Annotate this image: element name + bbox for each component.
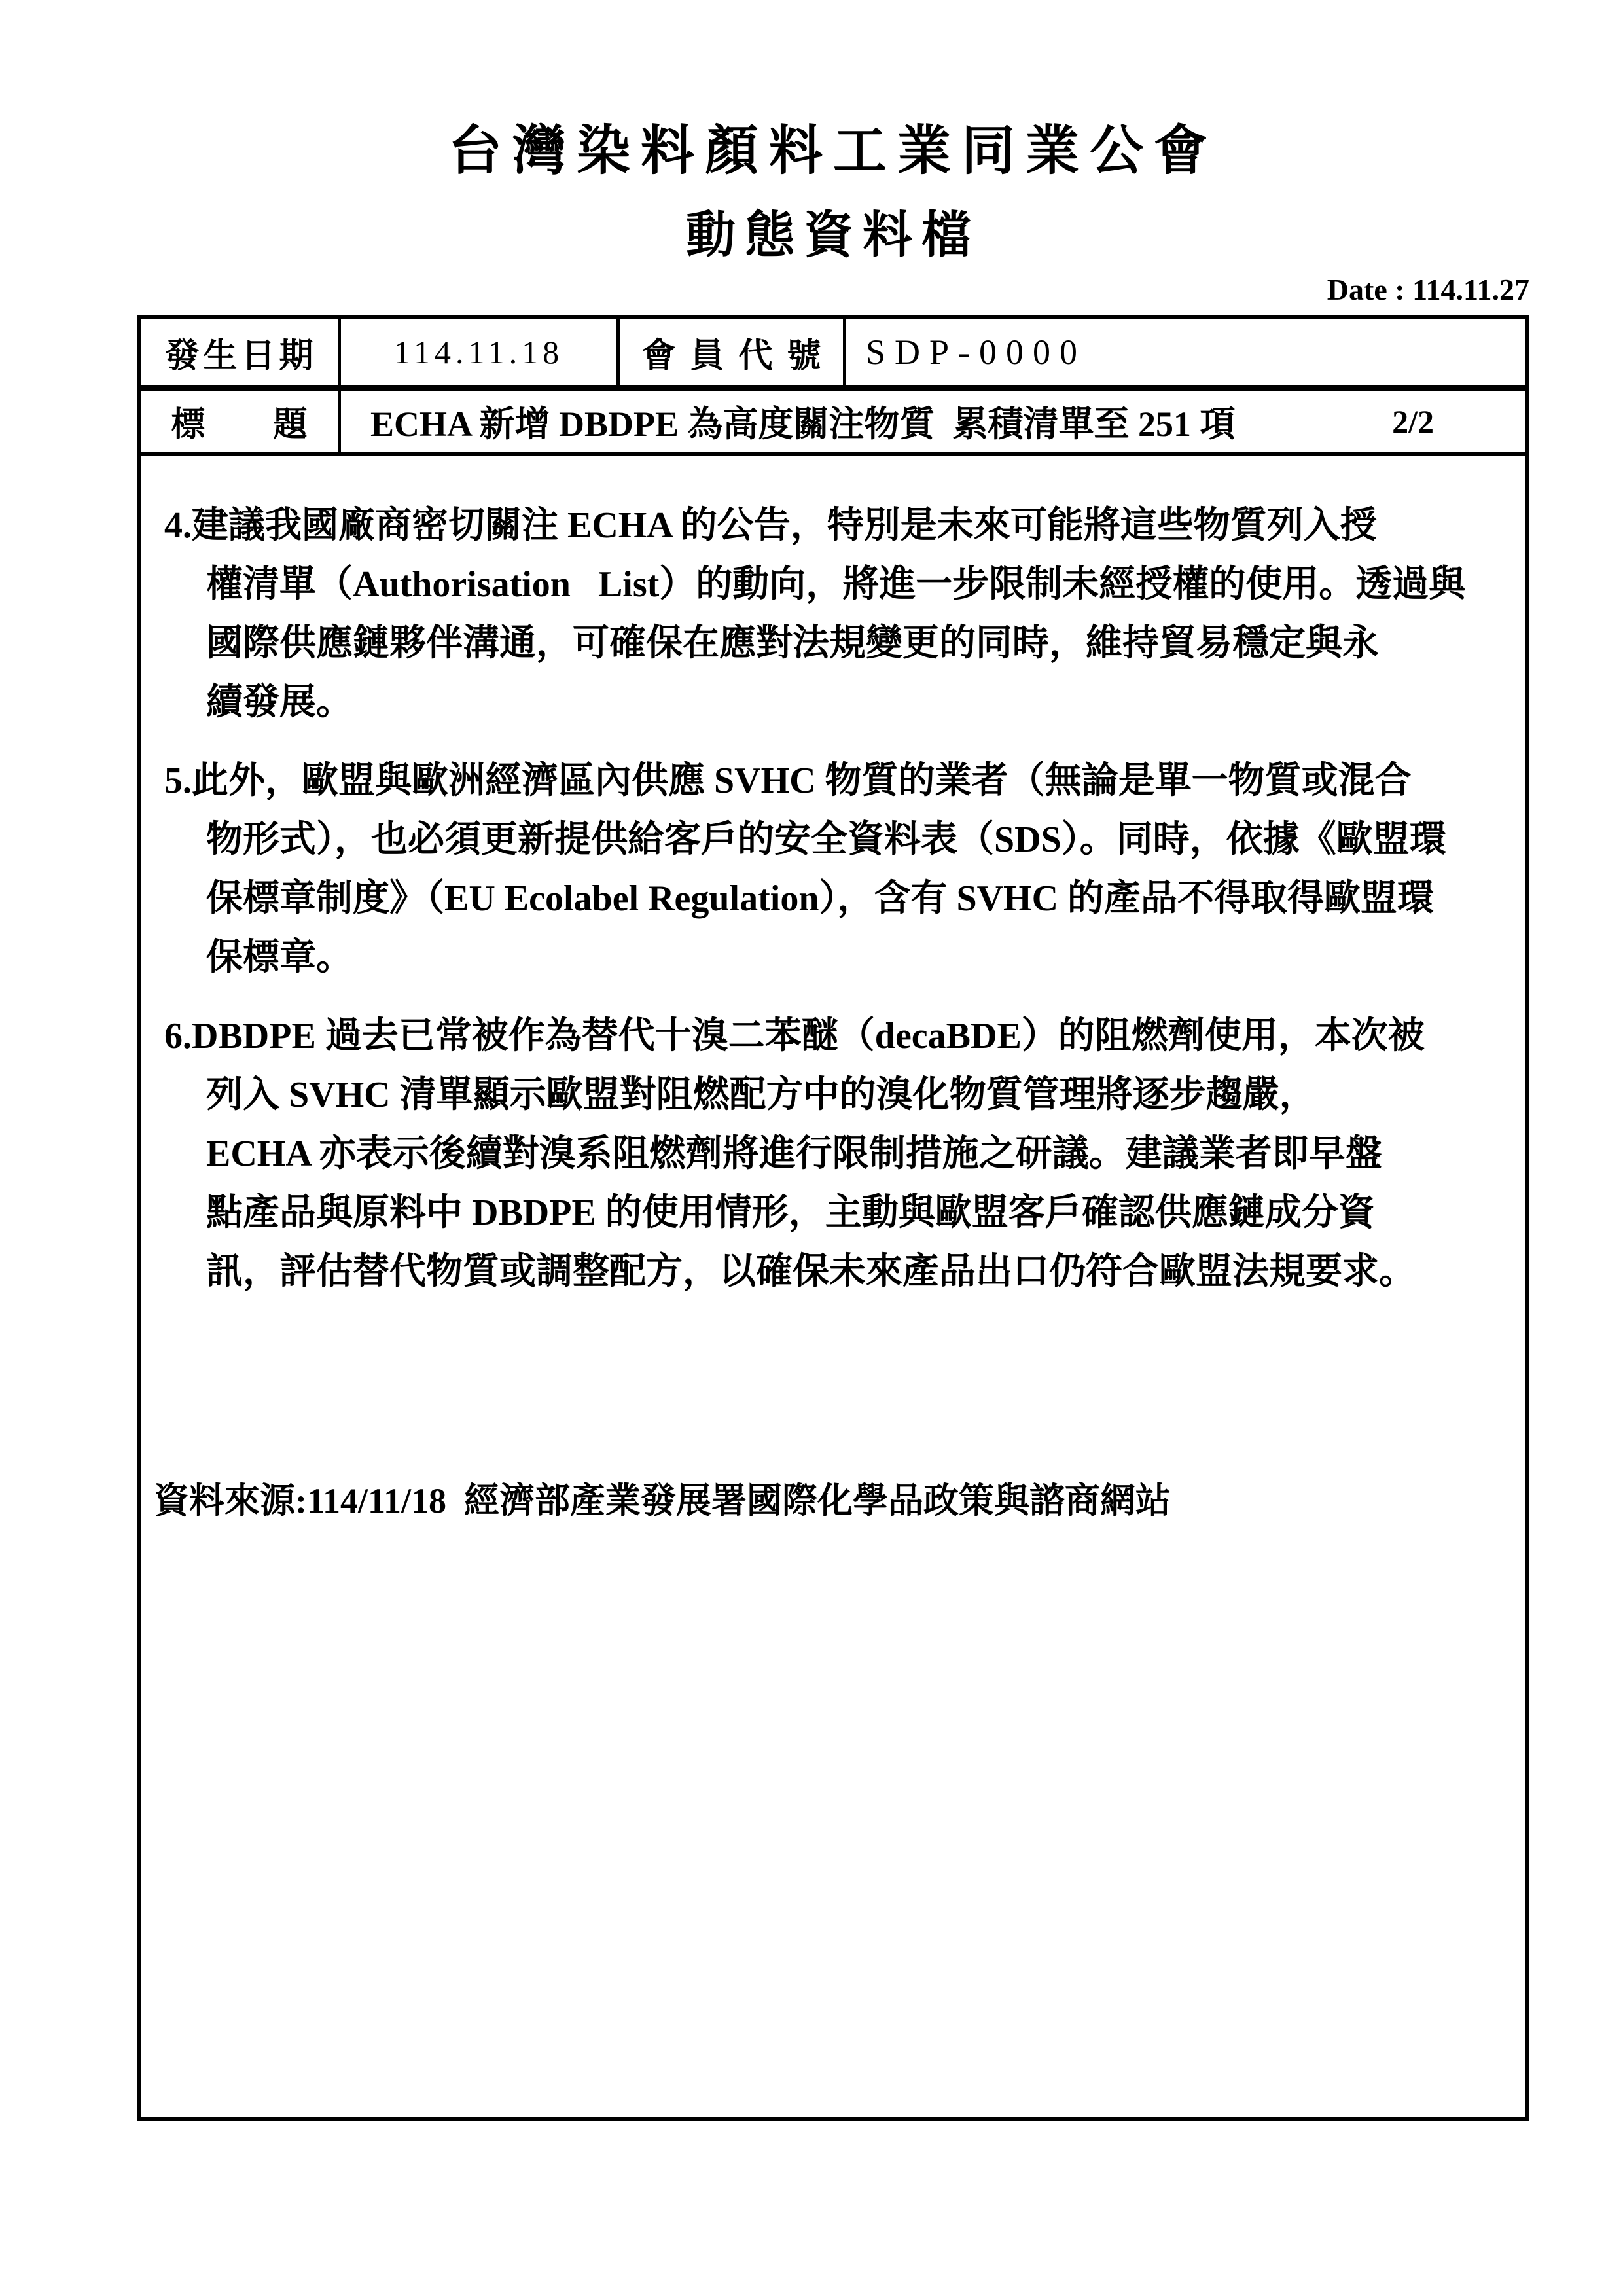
doc-type-title: 動態資料檔	[137, 195, 1529, 266]
body-line: 點產品與原料中 DBDPE 的使用情形，主動與歐盟客戶確認供應鏈成分資	[164, 1183, 1493, 1242]
body-line: 物形式），也必須更新提供給客戶的安全資料表（SDS）。同時，依據《歐盟環	[164, 810, 1493, 869]
source-line: 資料來源:114/11/18 經濟部產業發展署國際化學品政策與諮商網站	[154, 1471, 1171, 1530]
member-code-label: 會員代號	[620, 319, 846, 385]
paragraph-5: 5.此外，歐盟與歐洲經濟區內供應 SVHC 物質的業者（無論是單一物質或混合 物…	[164, 751, 1493, 987]
body-line: 保標章制度》（EU Ecolabel Regulation），含有 SVHC 的…	[164, 869, 1493, 928]
info-table: 發生日期 114.11.18 會員代號 SDP-0000 標 題 ECHA 新增…	[137, 315, 1529, 2121]
body-line: 保標章。	[164, 928, 1493, 987]
body-line: 權清單（Authorisation List）的動向，將進一步限制未經授權的使用…	[164, 555, 1493, 614]
body-line: 訊，評估替代物質或調整配方，以確保未來產品出口仍符合歐盟法規要求。	[164, 1242, 1493, 1301]
body-line: 5.此外，歐盟與歐洲經濟區內供應 SVHC 物質的業者（無論是單一物質或混合	[164, 751, 1493, 810]
document-page: 台灣染料顏料工業同業公會 動態資料檔 Date : 114.11.27 發生日期…	[0, 0, 1623, 2296]
body-line: 4.建議我國廠商密切關注 ECHA 的公告，特別是未來可能將這些物質列入授	[164, 496, 1493, 555]
paragraph-4: 4.建議我國廠商密切關注 ECHA 的公告，特別是未來可能將這些物質列入授 權清…	[164, 496, 1493, 732]
subject-label: 標 題	[141, 391, 341, 452]
body-line: 列入 SVHC 清單顯示歐盟對阻燃配方中的溴化物質管理將逐步趨嚴，	[164, 1066, 1493, 1124]
body-cell: 4.建議我國廠商密切關注 ECHA 的公告，特別是未來可能將這些物質列入授 權清…	[141, 456, 1525, 2115]
body-line: 國際供應鏈夥伴溝通，可確保在應對法規變更的同時，維持貿易穩定與永	[164, 614, 1493, 673]
association-title: 台灣染料顏料工業同業公會	[137, 108, 1529, 185]
occur-date-value: 114.11.18	[341, 319, 620, 385]
paragraph-6: 6.DBDPE 過去已常被作為替代十溴二苯醚（decaBDE）的阻燃劑使用，本次…	[164, 1007, 1493, 1301]
member-code-value: SDP-0000	[846, 319, 1525, 385]
page-indicator: 2/2	[1392, 403, 1434, 440]
header-row-1: 發生日期 114.11.18 會員代號 SDP-0000	[141, 319, 1525, 391]
subject-title: ECHA 新增 DBDPE 為高度關注物質 累積清單至 251 項	[370, 396, 1236, 446]
subject-cell: ECHA 新增 DBDPE 為高度關注物質 累積清單至 251 項 2/2	[341, 391, 1525, 452]
body-line: 6.DBDPE 過去已常被作為替代十溴二苯醚（decaBDE）的阻燃劑使用，本次…	[164, 1007, 1493, 1066]
print-date: Date : 114.11.27	[1327, 272, 1529, 307]
header-row-2: 標 題 ECHA 新增 DBDPE 為高度關注物質 累積清單至 251 項 2/…	[141, 391, 1525, 456]
body-line: ECHA 亦表示後續對溴系阻燃劑將進行限制措施之研議。建議業者即早盤	[164, 1124, 1493, 1183]
occur-date-label: 發生日期	[141, 319, 341, 385]
body-line: 續發展。	[164, 673, 1493, 732]
